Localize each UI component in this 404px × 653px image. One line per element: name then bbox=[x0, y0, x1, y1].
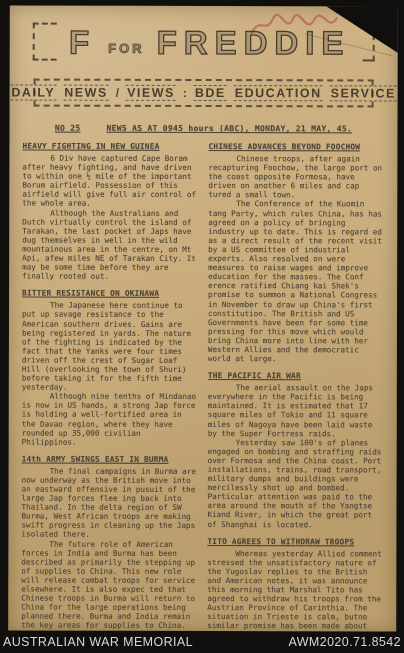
issue-line: NO 25 NEWS AS AT 0945 hours (ABC), MONDA… bbox=[9, 123, 397, 133]
banner-word: SERVICE bbox=[330, 85, 397, 101]
right-column: CHINESE ADVANCES BEYOND FOOCHOW Chinese … bbox=[207, 142, 384, 631]
article-paragraph: Chinese troops, after again recapturing … bbox=[208, 154, 384, 200]
article-paragraph: The Conference of the Kuomin tang Party,… bbox=[208, 199, 384, 363]
article-paragraph: The future role of American forces in In… bbox=[21, 539, 197, 630]
article-paragraph: Although nine tenths of Mindanao is now … bbox=[22, 392, 198, 447]
article-headline: HEAVY FIGHTING IN NEW GUINEA bbox=[22, 142, 198, 151]
article-headline: 14th ARMY SWINGS EAST IN BURMA bbox=[22, 454, 198, 463]
article-paragraph: The final campaigns in Burma are now und… bbox=[21, 466, 197, 539]
news-columns: HEAVY FIGHTING IN NEW GUINEA 6 Div have … bbox=[8, 141, 397, 631]
article-paragraph: The aerial assault on the Japs everywher… bbox=[208, 383, 384, 438]
article-headline: THE PACIFIC AIR WAR bbox=[208, 371, 384, 380]
institution-name: AUSTRALIAN WAR MEMORIAL bbox=[3, 635, 193, 649]
article: HEAVY FIGHTING IN NEW GUINEA 6 Div have … bbox=[22, 142, 198, 282]
paper: F FOR FREDDIE DAILY NEWS / VIEWS : BDE E… bbox=[8, 5, 398, 631]
banner-word: NEWS bbox=[63, 85, 109, 101]
article-headline: BITTER RESISTANCE ON OKINAWA bbox=[22, 289, 198, 298]
article-paragraph: The Japanese here continue to put up sav… bbox=[22, 301, 198, 392]
banner-word: VIEWS bbox=[126, 85, 176, 101]
banner-word: EDUCATION bbox=[234, 85, 323, 101]
banner-separator: : bbox=[183, 86, 187, 100]
article: CHINESE ADVANCES BEYOND FOOCHOW Chinese … bbox=[208, 142, 385, 364]
article-headline: CHINESE ADVANCES BEYOND FOOCHOW bbox=[208, 142, 384, 151]
banner-word: BDE bbox=[194, 85, 227, 101]
title-word-freddie: FREDDIE bbox=[157, 25, 351, 59]
catalogue-footer: AUSTRALIAN WAR MEMORIAL AWM2020.71.8542 bbox=[0, 633, 404, 651]
masthead: F FOR FREDDIE DAILY NEWS / VIEWS : BDE E… bbox=[10, 5, 398, 107]
article-paragraph: Yesterday saw 100's of planes engaged on… bbox=[207, 438, 383, 529]
scanned-document: F FOR FREDDIE DAILY NEWS / VIEWS : BDE E… bbox=[0, 0, 404, 653]
catalogue-reference: AWM2020.71.8542 bbox=[288, 635, 401, 649]
left-column: HEAVY FIGHTING IN NEW GUINEA 6 Div have … bbox=[21, 142, 198, 632]
article-headline: TITO AGREES TO WITHDRAW TROOPS bbox=[207, 537, 383, 546]
article-paragraph: 6 Div have captured Cape Boram after hea… bbox=[22, 154, 198, 209]
article: 14th ARMY SWINGS EAST IN BURMA The final… bbox=[21, 454, 197, 630]
subtitle-banner: DAILY NEWS / VIEWS : BDE EDUCATION SERVI… bbox=[34, 79, 374, 108]
title-letter-f: F bbox=[69, 25, 96, 58]
issue-number: NO 25 bbox=[55, 124, 81, 133]
banner-separator: / bbox=[116, 86, 119, 100]
article: THE PACIFIC AIR WAR The aerial assault o… bbox=[207, 371, 383, 529]
article-paragraph: Whereas yesterday Allied comment stresse… bbox=[207, 549, 383, 632]
article-paragraph: Although the Australians and Dutch virtu… bbox=[22, 208, 198, 281]
article: TITO AGREES TO WITHDRAW TROOPS Whereas y… bbox=[207, 537, 383, 632]
title-word-for: FOR bbox=[108, 40, 144, 55]
left-bracket-icon bbox=[33, 23, 57, 61]
article: BITTER RESISTANCE ON OKINAWA The Japanes… bbox=[22, 289, 198, 447]
banner-word: DAILY bbox=[10, 84, 56, 100]
issue-dateline: NEWS AS AT 0945 hours (ABC), MONDAY, 21 … bbox=[106, 124, 352, 134]
